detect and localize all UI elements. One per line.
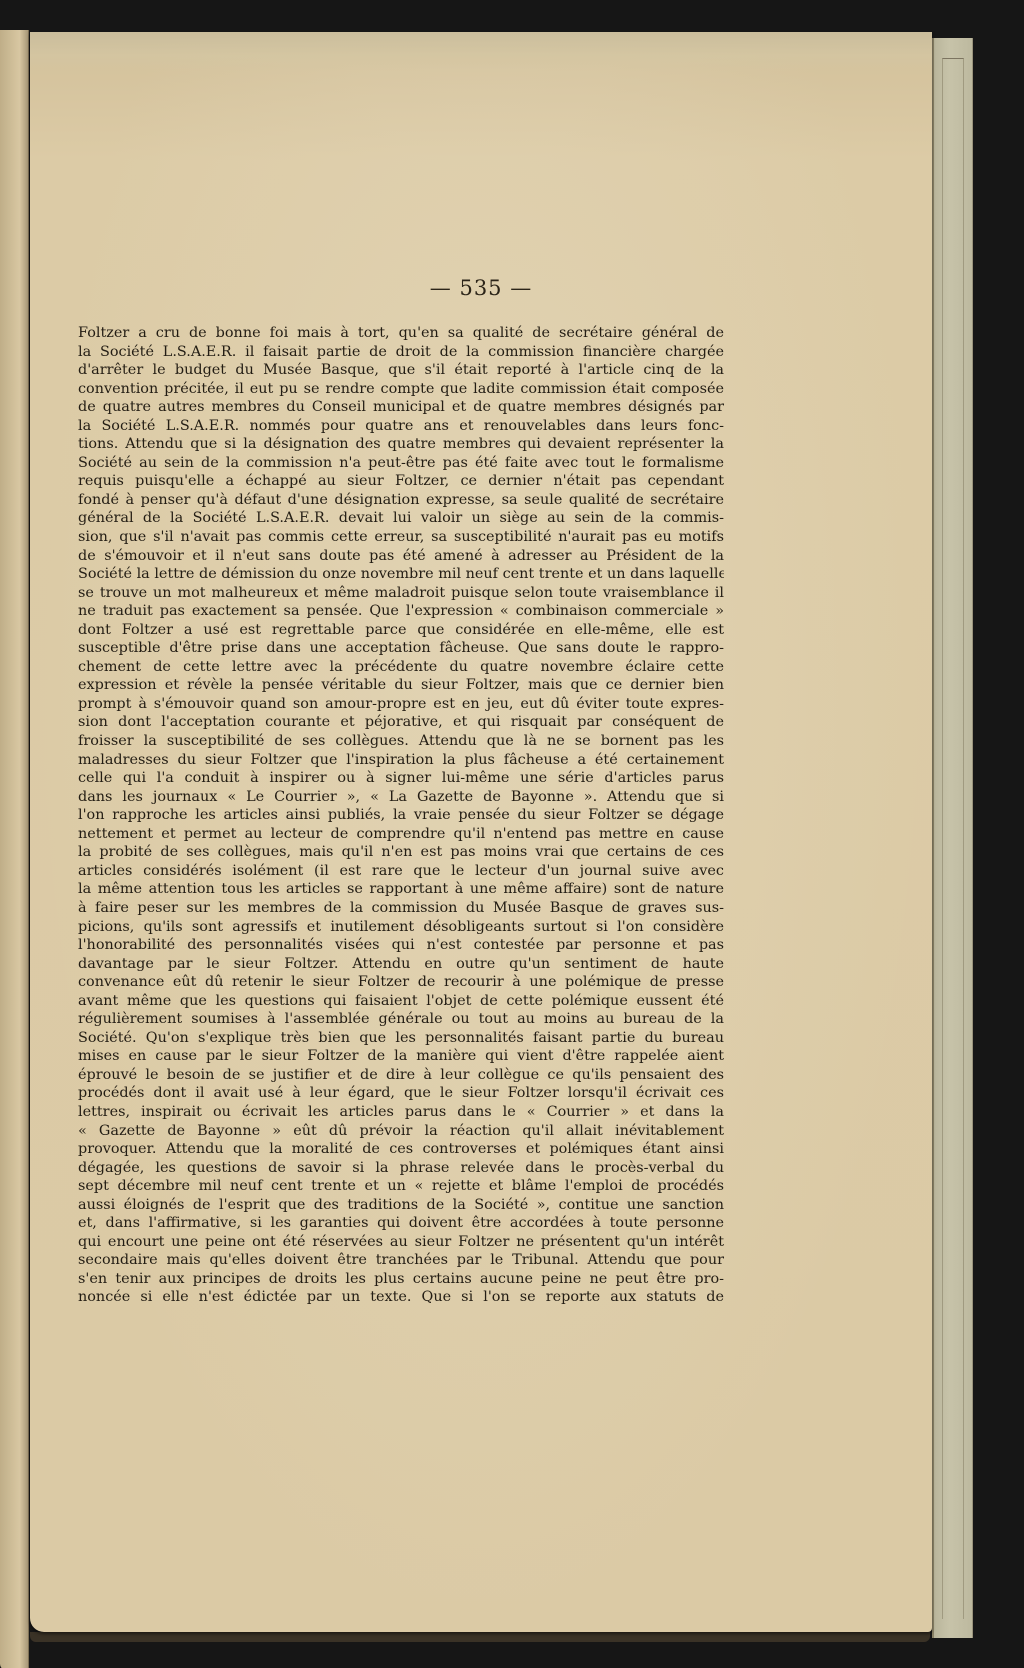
text-line: Foltzer a cru de bonne foi mais à tort, … bbox=[78, 324, 724, 343]
text-line: sion, que s'il n'avait pas commis cette … bbox=[78, 528, 724, 547]
text-line: général de la Société L.S.A.E.R. devait … bbox=[78, 509, 724, 528]
text-line: Société au sein de la commission n'a peu… bbox=[78, 454, 724, 473]
text-line: nettement et permet au lecteur de compre… bbox=[78, 825, 724, 844]
text-line: de s'émouvoir et il n'eut sans doute pas… bbox=[78, 547, 724, 566]
text-line: fondé à penser qu'à défaut d'une désigna… bbox=[78, 491, 724, 510]
text-line: la Société L.S.A.E.R. il faisait partie … bbox=[78, 343, 724, 362]
text-line: « Gazette de Bayonne » eût dû prévoir la… bbox=[78, 1122, 724, 1141]
page-number: — 535 — bbox=[30, 276, 932, 300]
text-line: celle qui l'a conduit à inspirer ou à si… bbox=[78, 769, 724, 788]
text-line: la même attention tous les articles se r… bbox=[78, 880, 724, 899]
text-line: dont Foltzer a usé est regrettable parce… bbox=[78, 621, 724, 640]
text-line: sept décembre mil neuf cent trente et un… bbox=[78, 1177, 724, 1196]
text-line: aussi éloignés de l'esprit que des tradi… bbox=[78, 1196, 724, 1215]
text-line: mises en cause par le sieur Foltzer de l… bbox=[78, 1047, 724, 1066]
text-line: la Société L.S.A.E.R. nommés pour quatre… bbox=[78, 417, 724, 436]
text-line: articles considérés isolément (il est ra… bbox=[78, 862, 724, 881]
text-line: la probité de ses collègues, mais qu'il … bbox=[78, 843, 724, 862]
text-line: tions. Attendu que si la désignation des… bbox=[78, 435, 724, 454]
text-line: avant même que les questions qui faisaie… bbox=[78, 992, 724, 1011]
text-line: l'honorabilité des personnalités visées … bbox=[78, 936, 724, 955]
text-line: ne traduit pas exactement sa pensée. Que… bbox=[78, 602, 724, 621]
text-line: à faire peser sur les membres de la comm… bbox=[78, 899, 724, 918]
text-line: se trouve un mot malheureux et même mala… bbox=[78, 584, 724, 603]
text-line: régulièrement soumises à l'assemblée gén… bbox=[78, 1010, 724, 1029]
page-bottom-shadow bbox=[30, 1632, 930, 1642]
text-line: maladresses du sieur Foltzer que l'inspi… bbox=[78, 751, 724, 770]
right-page-leaves-inner bbox=[942, 58, 964, 1619]
page-top-wear bbox=[30, 32, 932, 72]
text-line: expression et révèle la pensée véritable… bbox=[78, 676, 724, 695]
text-line: éprouvé le besoin de se justifier et de … bbox=[78, 1066, 724, 1085]
text-line: susceptible d'être prise dans une accept… bbox=[78, 639, 724, 658]
text-line: l'on rapproche les articles ainsi publié… bbox=[78, 806, 724, 825]
text-line: requis puisqu'elle a échappé au sieur Fo… bbox=[78, 472, 724, 491]
text-line: s'en tenir aux principes de droits les p… bbox=[78, 1270, 724, 1289]
text-line: sion dont l'acceptation courante et péjo… bbox=[78, 713, 724, 732]
text-line: prompt à s'émouvoir quand son amour-prop… bbox=[78, 695, 724, 714]
body-text: Foltzer a cru de bonne foi mais à tort, … bbox=[78, 324, 724, 1307]
text-line: lettres, inspirait ou écrivait les artic… bbox=[78, 1103, 724, 1122]
text-line: d'arrêter le budget du Musée Basque, que… bbox=[78, 361, 724, 380]
text-line: et, dans l'affirmative, si les garanties… bbox=[78, 1214, 724, 1233]
text-line: noncée si elle n'est édictée par un text… bbox=[78, 1288, 724, 1307]
text-line: Société. Qu'on s'explique très bien que … bbox=[78, 1029, 724, 1048]
text-line: froisser la susceptibilité de ses collèg… bbox=[78, 732, 724, 751]
text-line: Société la lettre de démission du onze n… bbox=[78, 565, 724, 584]
text-line: de quatre autres membres du Conseil muni… bbox=[78, 398, 724, 417]
text-line: chement de cette lettre avec la précéden… bbox=[78, 658, 724, 677]
text-line: davantage par le sieur Foltzer. Attendu … bbox=[78, 955, 724, 974]
text-line: provoquer. Attendu que la moralité de ce… bbox=[78, 1140, 724, 1159]
text-line: dégagée, les questions de savoir si la p… bbox=[78, 1159, 724, 1178]
text-line: qui encourt une peine ont été réservées … bbox=[78, 1233, 724, 1252]
text-line: picions, qu'ils sont agressifs et inutil… bbox=[78, 918, 724, 937]
text-line: dans les journaux « Le Courrier », « La … bbox=[78, 788, 724, 807]
text-line: convention précitée, il eut pu se rendre… bbox=[78, 380, 724, 399]
text-line: secondaire mais qu'elles doivent être tr… bbox=[78, 1251, 724, 1270]
left-page-edge bbox=[0, 30, 29, 1668]
document-page: — 535 — Foltzer a cru de bonne foi mais … bbox=[30, 32, 932, 1632]
text-line: procédés dont il avait usé à leur égard,… bbox=[78, 1084, 724, 1103]
text-line: convenance eût dû retenir le sieur Foltz… bbox=[78, 973, 724, 992]
